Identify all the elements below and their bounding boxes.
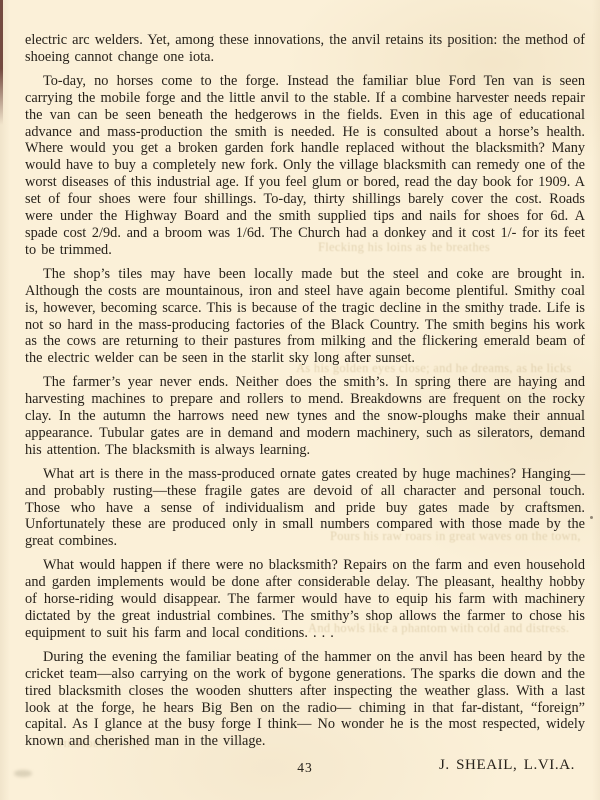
scanned-book-page: { "doc": { "paragraphs": [ "electric arc… — [0, 0, 600, 800]
body-paragraph: What would happen if there were no black… — [25, 557, 585, 642]
body-paragraph: The farmer’s year never ends. Neither do… — [25, 374, 585, 459]
body-paragraph: electric arc welders. Yet, among these i… — [25, 32, 585, 66]
page-number: 43 — [25, 760, 585, 776]
body-paragraph: During the evening the familiar beating … — [25, 649, 585, 750]
book-edge-mark — [0, 0, 3, 125]
body-paragraph: What art is there in the mass-produced o… — [25, 466, 585, 551]
body-paragraph: The shop’s tiles may have been locally m… — [25, 266, 585, 367]
ink-fleck — [590, 516, 593, 519]
body-paragraph: To-day, no horses come to the forge. Ins… — [25, 73, 585, 259]
article-text-block: electric arc welders. Yet, among these i… — [25, 32, 585, 774]
